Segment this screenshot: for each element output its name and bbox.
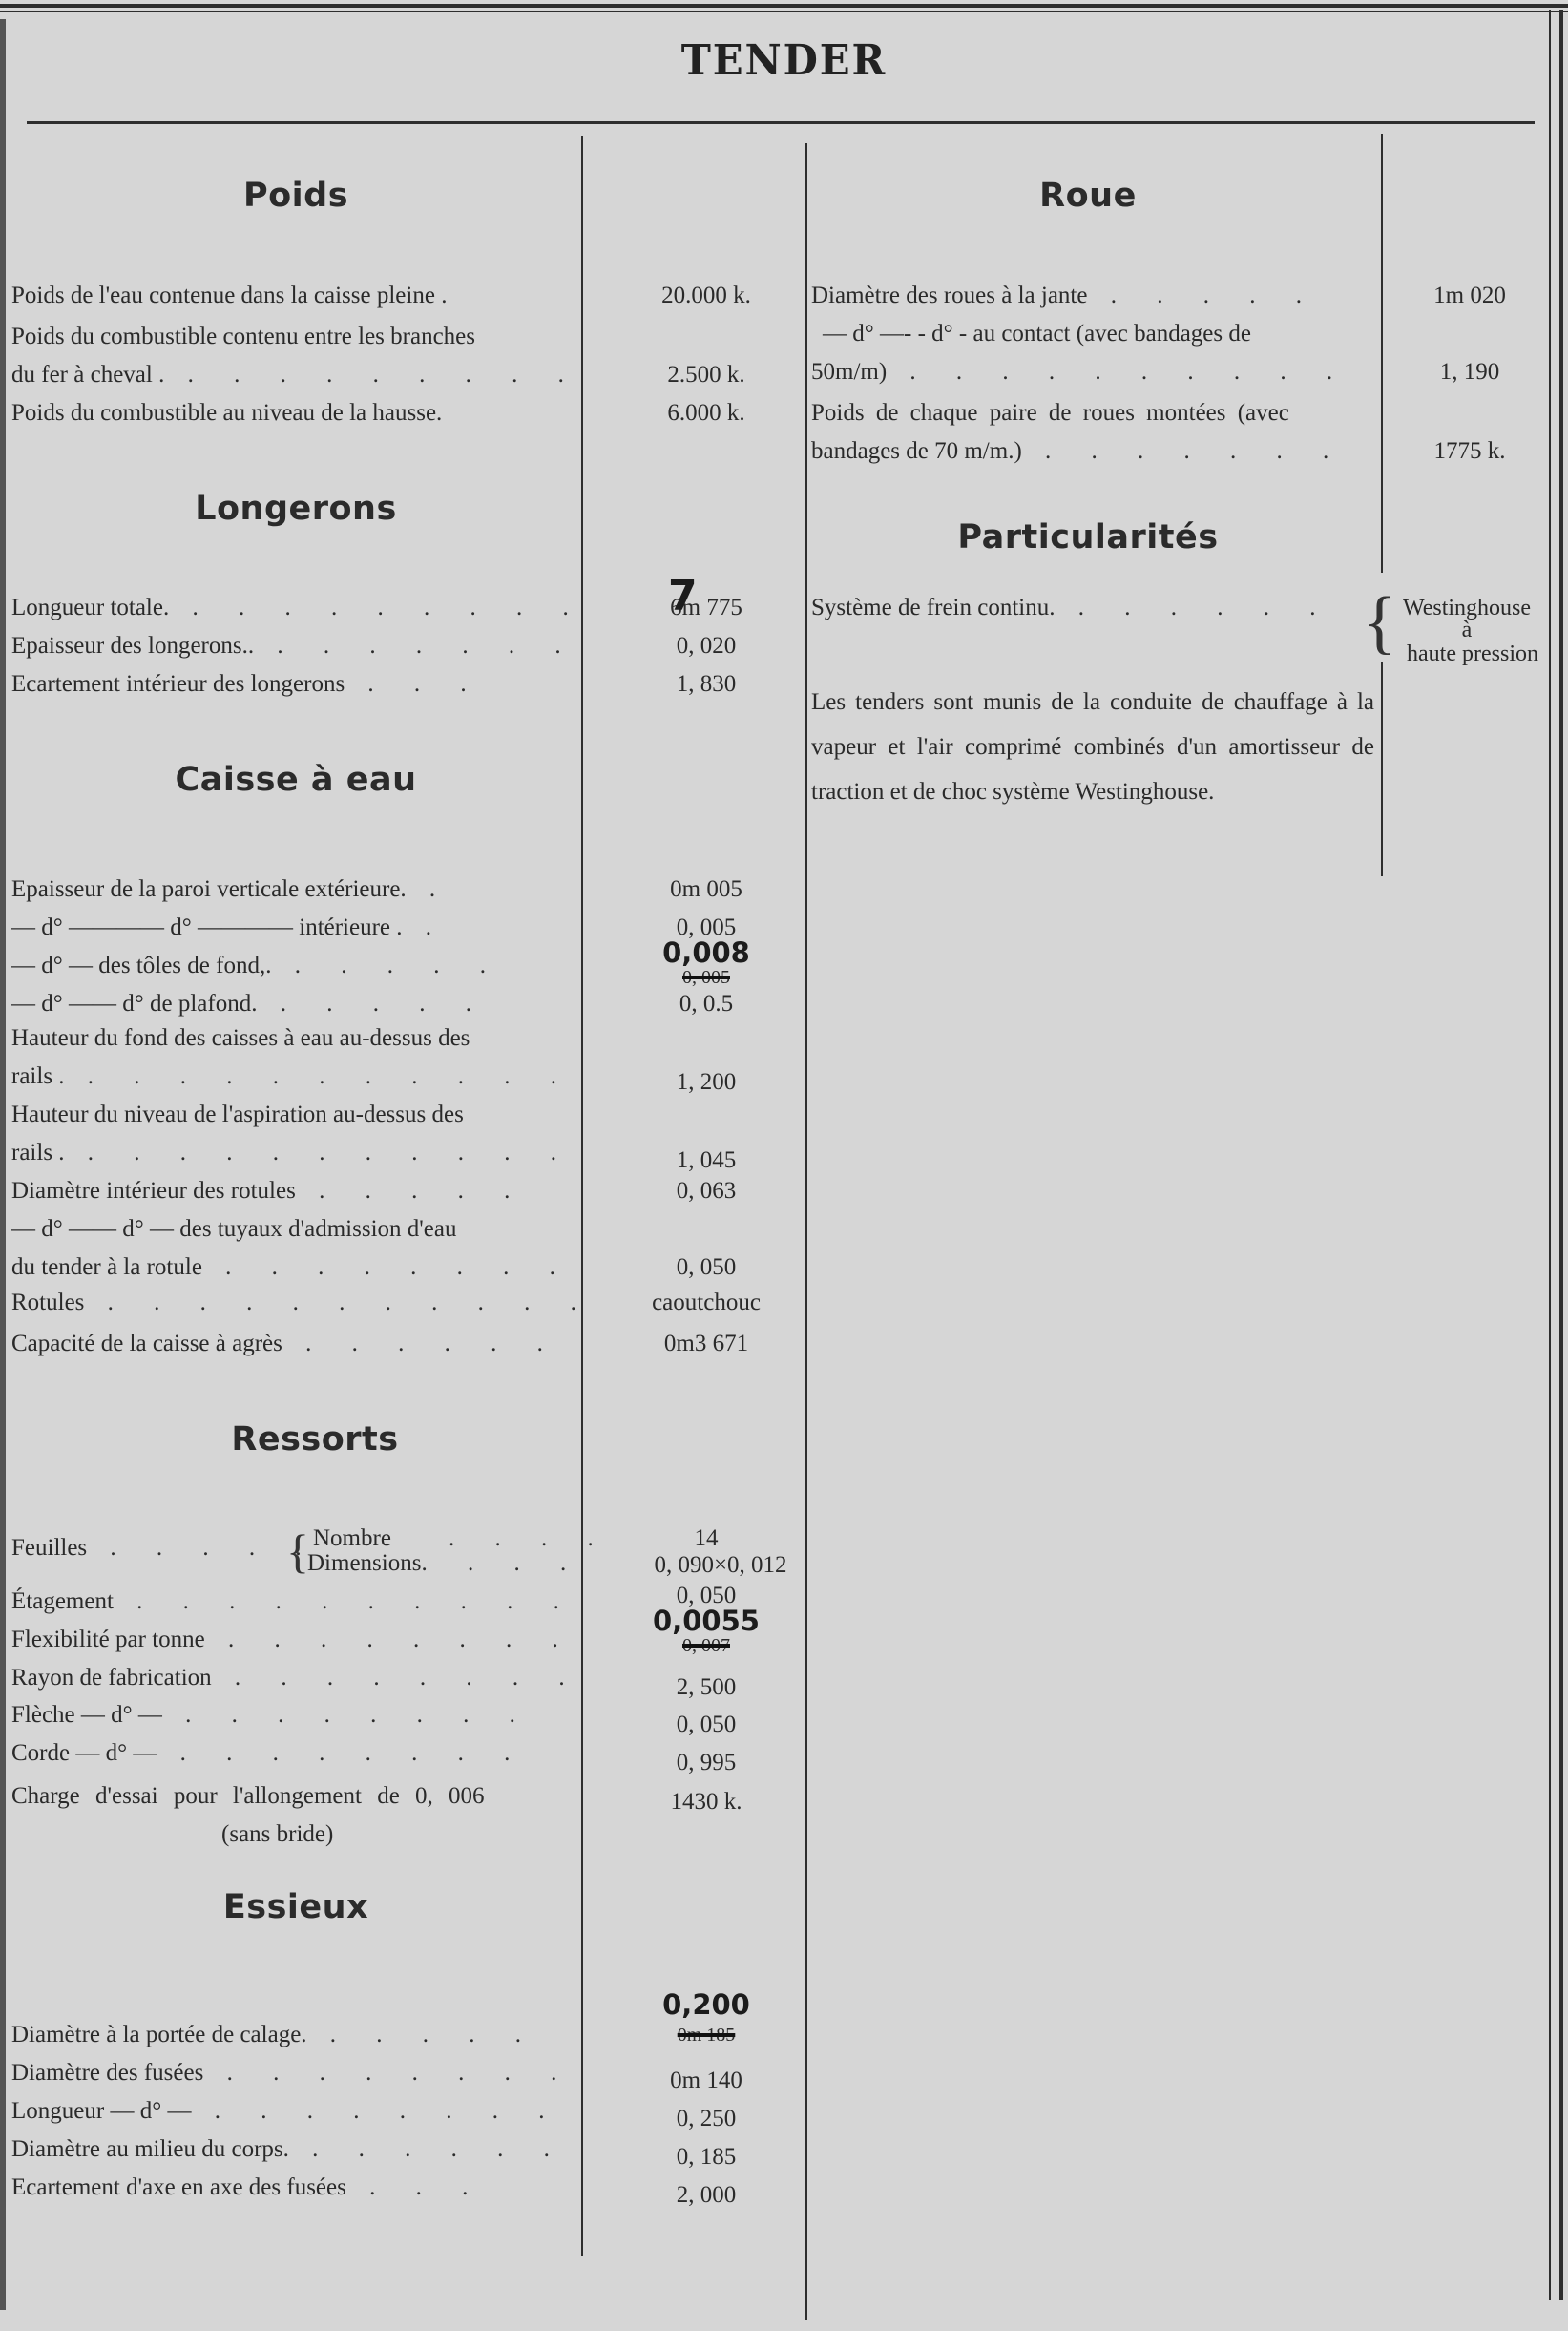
- brace-icon: {: [286, 1523, 309, 1579]
- section-heading-roue: Roue: [859, 177, 1317, 215]
- left-binding-edge: [0, 19, 6, 2310]
- section-heading-poids: Poids: [95, 177, 496, 215]
- title-underline: [27, 121, 1535, 124]
- particularites-paragraph: Les tenders sont munis de la conduite de…: [811, 680, 1374, 814]
- top-border-thin: [0, 11, 1568, 12]
- struck-value: 0, 007: [587, 1627, 826, 1665]
- struck-value: 0m 185: [587, 2016, 826, 2054]
- section-heading-ressorts: Ressorts: [105, 1420, 525, 1459]
- section-heading-longerons: Longerons: [86, 490, 506, 528]
- table-row-feuilles: Feuilles . . . . . { Nombre . . . . Dime…: [0, 1529, 805, 1579]
- handwritten-correction: 7: [668, 577, 698, 616]
- section-heading-essieux: Essieux: [86, 1888, 506, 1926]
- section-heading-caisse-a-eau: Caisse à eau: [86, 761, 506, 799]
- top-border-thick: [0, 4, 1568, 8]
- right-value-divider-bottom: [1381, 661, 1383, 876]
- right-border-outer: [1559, 10, 1563, 2300]
- page-title: TENDER: [39, 36, 1529, 85]
- left-value-divider: [581, 136, 583, 2256]
- right-value-divider-top: [1381, 134, 1383, 573]
- section-heading-particularites: Particularités: [859, 518, 1317, 556]
